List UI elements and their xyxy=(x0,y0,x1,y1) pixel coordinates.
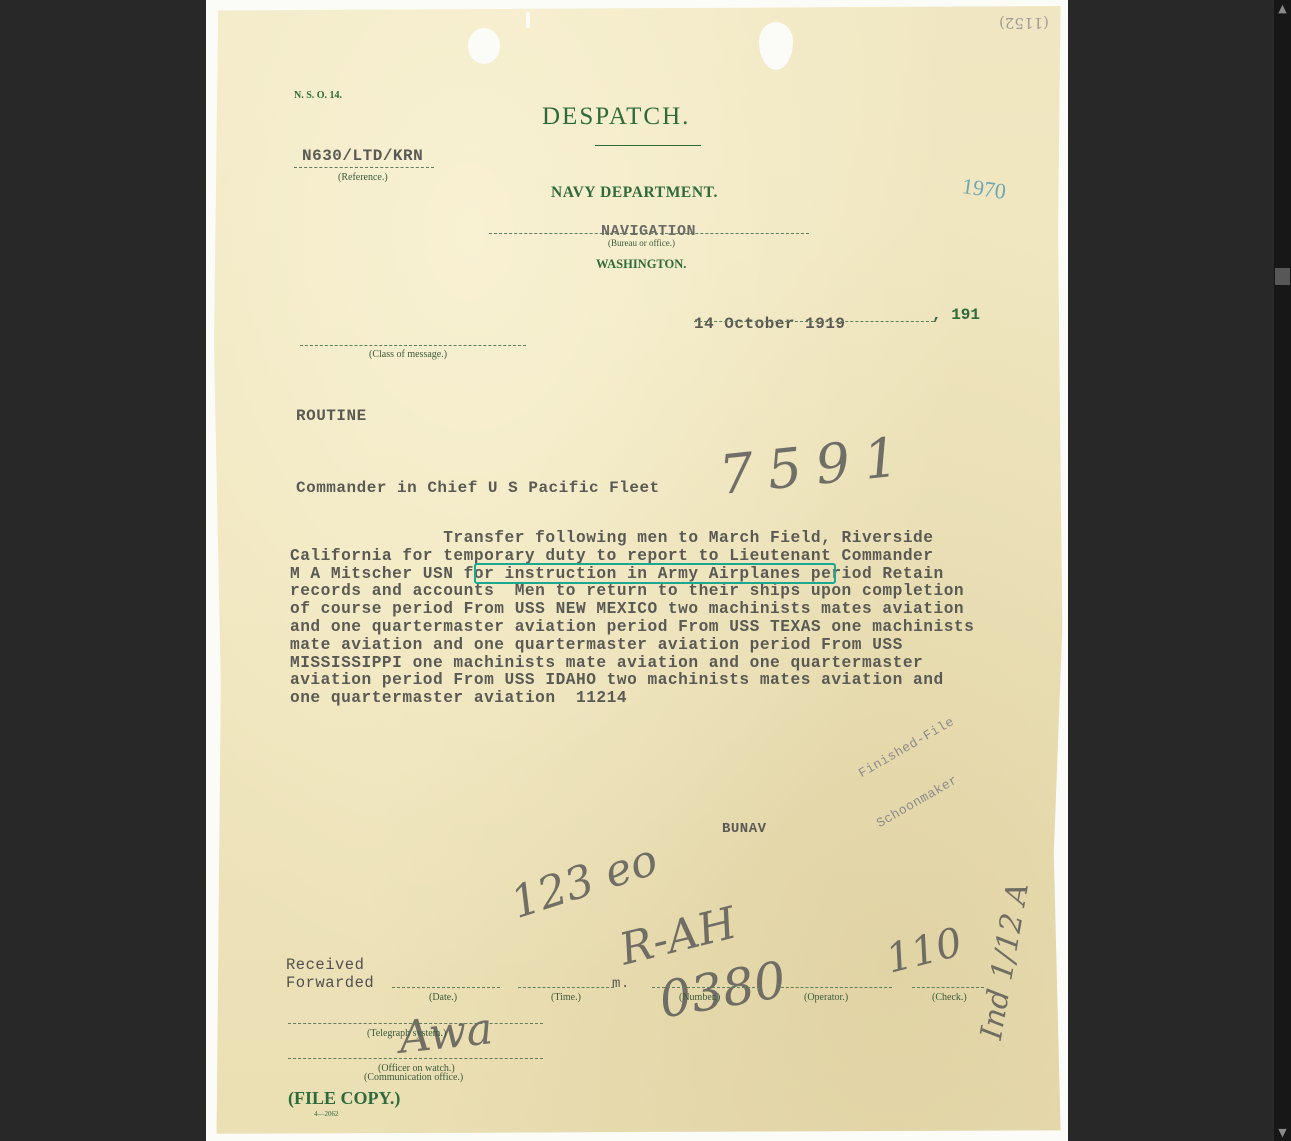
title-rule xyxy=(595,145,701,146)
vertical-scrollbar[interactable]: ▲ ▼ xyxy=(1274,0,1291,1141)
pencil-note-1: 123 eo xyxy=(505,834,664,929)
scroll-thumb[interactable] xyxy=(1275,268,1290,285)
date-suffix: , 191 xyxy=(932,306,980,324)
highlight-box xyxy=(474,563,836,584)
department-name: NAVY DEPARTMENT. xyxy=(551,184,718,202)
message-line: one quartermaster aviation 11214 xyxy=(290,690,1030,708)
punch-hole-left xyxy=(468,28,500,64)
date-field-line xyxy=(392,987,500,988)
file-copy-label: (FILE COPY.) xyxy=(288,1088,400,1109)
corner-note: (1152) xyxy=(999,14,1049,32)
scroll-down-arrow-icon[interactable]: ▼ xyxy=(1274,1124,1291,1141)
pencil-note-4: 110 xyxy=(882,919,967,982)
check-caption: (Check.) xyxy=(932,992,967,1003)
officer-line xyxy=(288,1058,543,1059)
priority: ROUTINE xyxy=(296,407,367,425)
message-line: Transfer following men to March Field, R… xyxy=(290,530,1030,548)
message-body: Transfer following men to March Field, R… xyxy=(290,530,1030,708)
message-line: records and accounts Men to return to th… xyxy=(290,583,1030,601)
date-caption: (Date.) xyxy=(429,992,457,1003)
document-viewer: N. S. O. 14. DESPATCH. NAVY DEPARTMENT. … xyxy=(0,0,1274,1141)
form-number: N. S. O. 14. xyxy=(294,90,342,101)
document-title: DESPATCH. xyxy=(542,103,690,131)
time-suffix: m. xyxy=(612,976,630,992)
message-line: aviation period From USS IDAHO two machi… xyxy=(290,672,1030,690)
pencil-note-6: Ind 1/12 A xyxy=(974,880,1036,1042)
bureau-caption: (Bureau or office.) xyxy=(608,238,675,248)
message-line: and one quartermaster aviation period Fr… xyxy=(290,619,1030,637)
message-line: of course period From USS NEW MEXICO two… xyxy=(290,601,1030,619)
operator-field-line xyxy=(776,987,892,988)
date-value: 14 October 1919 xyxy=(694,315,846,333)
forwarded-label: Forwarded xyxy=(286,974,374,992)
stamp-finished-file: Finished-File xyxy=(856,714,957,781)
time-caption: (Time.) xyxy=(551,992,581,1003)
page: N. S. O. 14. DESPATCH. NAVY DEPARTMENT. … xyxy=(206,0,1068,1141)
city-name: WASHINGTON. xyxy=(596,257,686,272)
number-field-line xyxy=(652,987,760,988)
punch-hole-right xyxy=(759,22,793,70)
stamp-number: 1970 xyxy=(960,173,1007,205)
operator-caption: (Operator.) xyxy=(804,992,848,1003)
time-field-line xyxy=(518,987,614,988)
despatch-paper: N. S. O. 14. DESPATCH. NAVY DEPARTMENT. … xyxy=(214,6,1064,1136)
class-caption: (Class of message.) xyxy=(369,349,447,360)
addressee: Commander in Chief U S Pacific Fleet xyxy=(296,479,660,497)
tear-mark xyxy=(526,12,530,28)
number-caption: (Number.) xyxy=(679,992,720,1003)
stamp-name: Schoonmaker xyxy=(874,772,961,831)
reference-value: N630/LTD/KRN xyxy=(302,147,423,165)
received-label: Received xyxy=(286,956,364,974)
handwritten-number: 7591 xyxy=(716,424,915,507)
communication-caption: (Communication office.) xyxy=(364,1072,463,1083)
message-line: MISSISSIPPI one machinists mate aviation… xyxy=(290,655,1030,673)
message-line: mate aviation and one quartermaster avia… xyxy=(290,637,1030,655)
reference-caption: (Reference.) xyxy=(338,172,388,183)
originator: BUNAV xyxy=(722,821,767,837)
telegraph-line xyxy=(288,1023,543,1024)
class-line xyxy=(300,345,526,346)
date-line xyxy=(694,321,934,322)
scroll-up-arrow-icon[interactable]: ▲ xyxy=(1274,0,1291,17)
print-code: 4—2062 xyxy=(314,1110,339,1118)
check-field-line xyxy=(912,987,984,988)
telegraph-caption: (Telegraph system.) xyxy=(367,1028,446,1039)
reference-line xyxy=(294,167,434,168)
